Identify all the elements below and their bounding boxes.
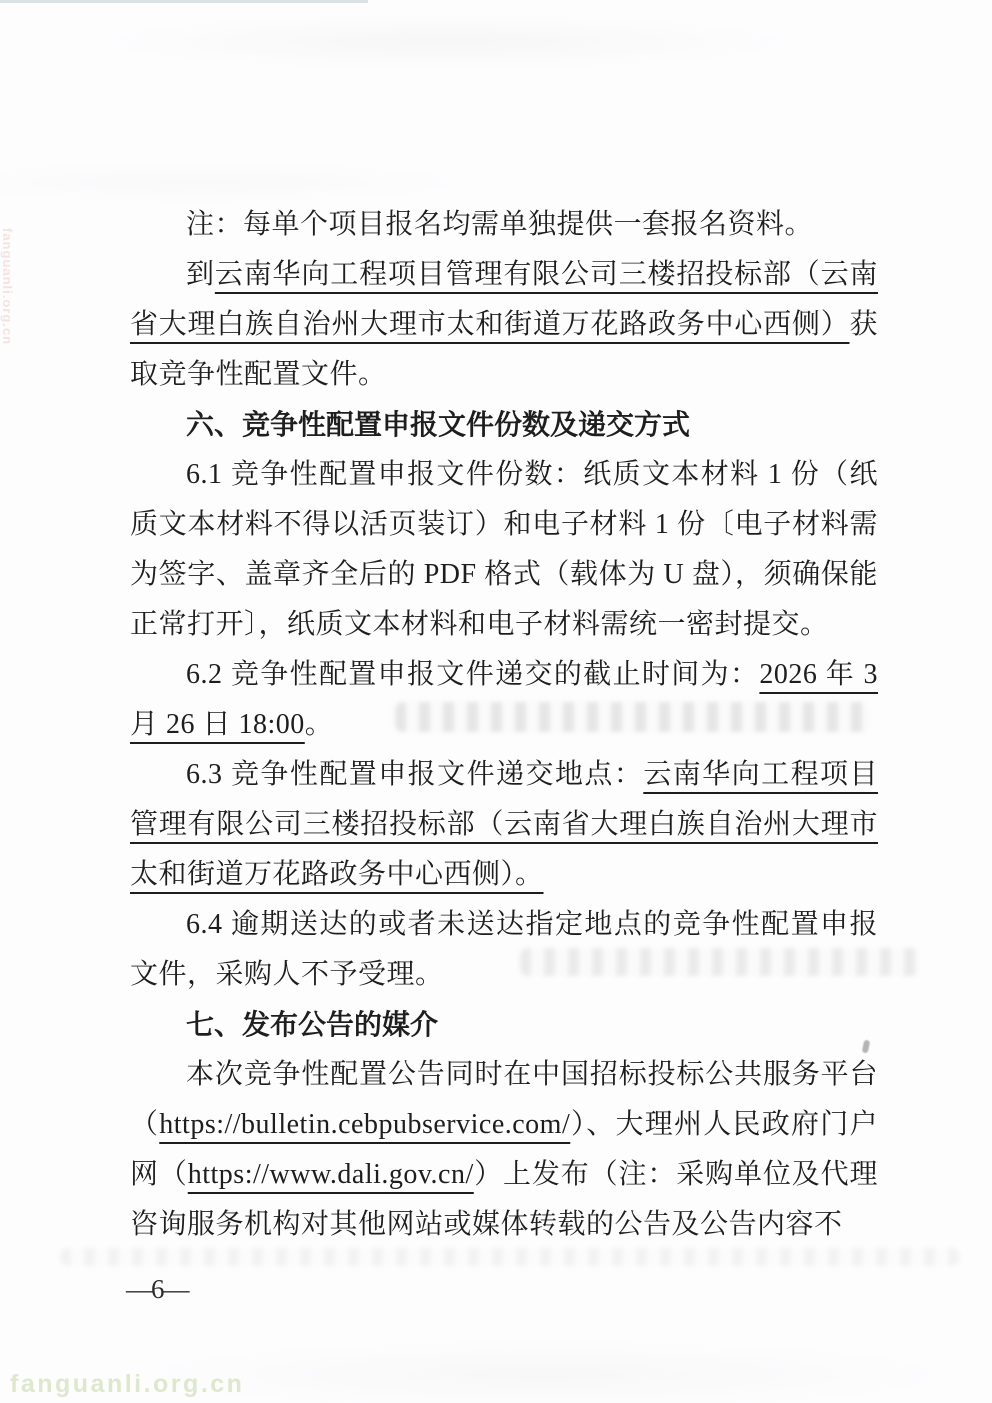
watermark-side: fanguanli.org.cn [0,228,15,345]
text-segment: 注：每单个项目报名均需单独提供一套报名资料。 [186,209,813,240]
underlined-text: https://www.dali.gov.cn/ [188,1159,474,1190]
scanner-edge-artifact [0,0,368,3]
text-segment: 六、竞争性配置申报文件份数及递交方式 [186,409,690,440]
note: 注：每单个项目报名均需单独提供一套报名资料。 [130,200,878,250]
ink-bleedthrough-smudge [395,702,870,732]
text-segment: 6.2 竞争性配置申报文件递交的截止时间为： [186,659,759,690]
clause-6-3: 6.3 竞争性配置申报文件递交地点：云南华向工程项目管理有限公司三楼招投标部（云… [130,750,878,900]
media-paragraph: 本次竞争性配置公告同时在中国招标投标公共服务平台（https://bulleti… [130,1050,878,1250]
text-segment: 到 [186,259,215,290]
clause-6-2: 6.2 竞争性配置申报文件递交的截止时间为：2026 年 3 月 26 日 18… [130,650,878,750]
underlined-text: https://bulletin.cebpubservice.com/ [159,1109,570,1140]
text-segment: 七、发布公告的媒介 [186,1009,438,1040]
text-segment: 6.1 竞争性配置申报文件份数：纸质文本材料 1 份（纸质文本材料不得以活页装订… [130,459,878,640]
section-7-heading: 七、发布公告的媒介 [130,1000,878,1050]
section-6-heading: 六、竞争性配置申报文件份数及递交方式 [130,400,878,450]
text-segment: 6.3 竞争性配置申报文件递交地点： [186,759,643,790]
ink-bleedthrough-smudge [60,1248,960,1266]
page-number: —6— [126,1274,188,1305]
underlined-text: 云南华向工程项目管理有限公司三楼招投标部（云南省大理白族自治州大理市太和街道万花… [130,259,878,340]
pickup-location: 到云南华向工程项目管理有限公司三楼招投标部（云南省大理白族自治州大理市太和街道万… [130,250,878,400]
ink-bleedthrough-smudge [520,948,920,976]
text-segment: 。 [305,709,334,740]
clause-6-1: 6.1 竞争性配置申报文件份数：纸质文本材料 1 份（纸质文本材料不得以活页装订… [130,450,878,650]
watermark-bottom: fanguanli.org.cn [10,1370,244,1399]
